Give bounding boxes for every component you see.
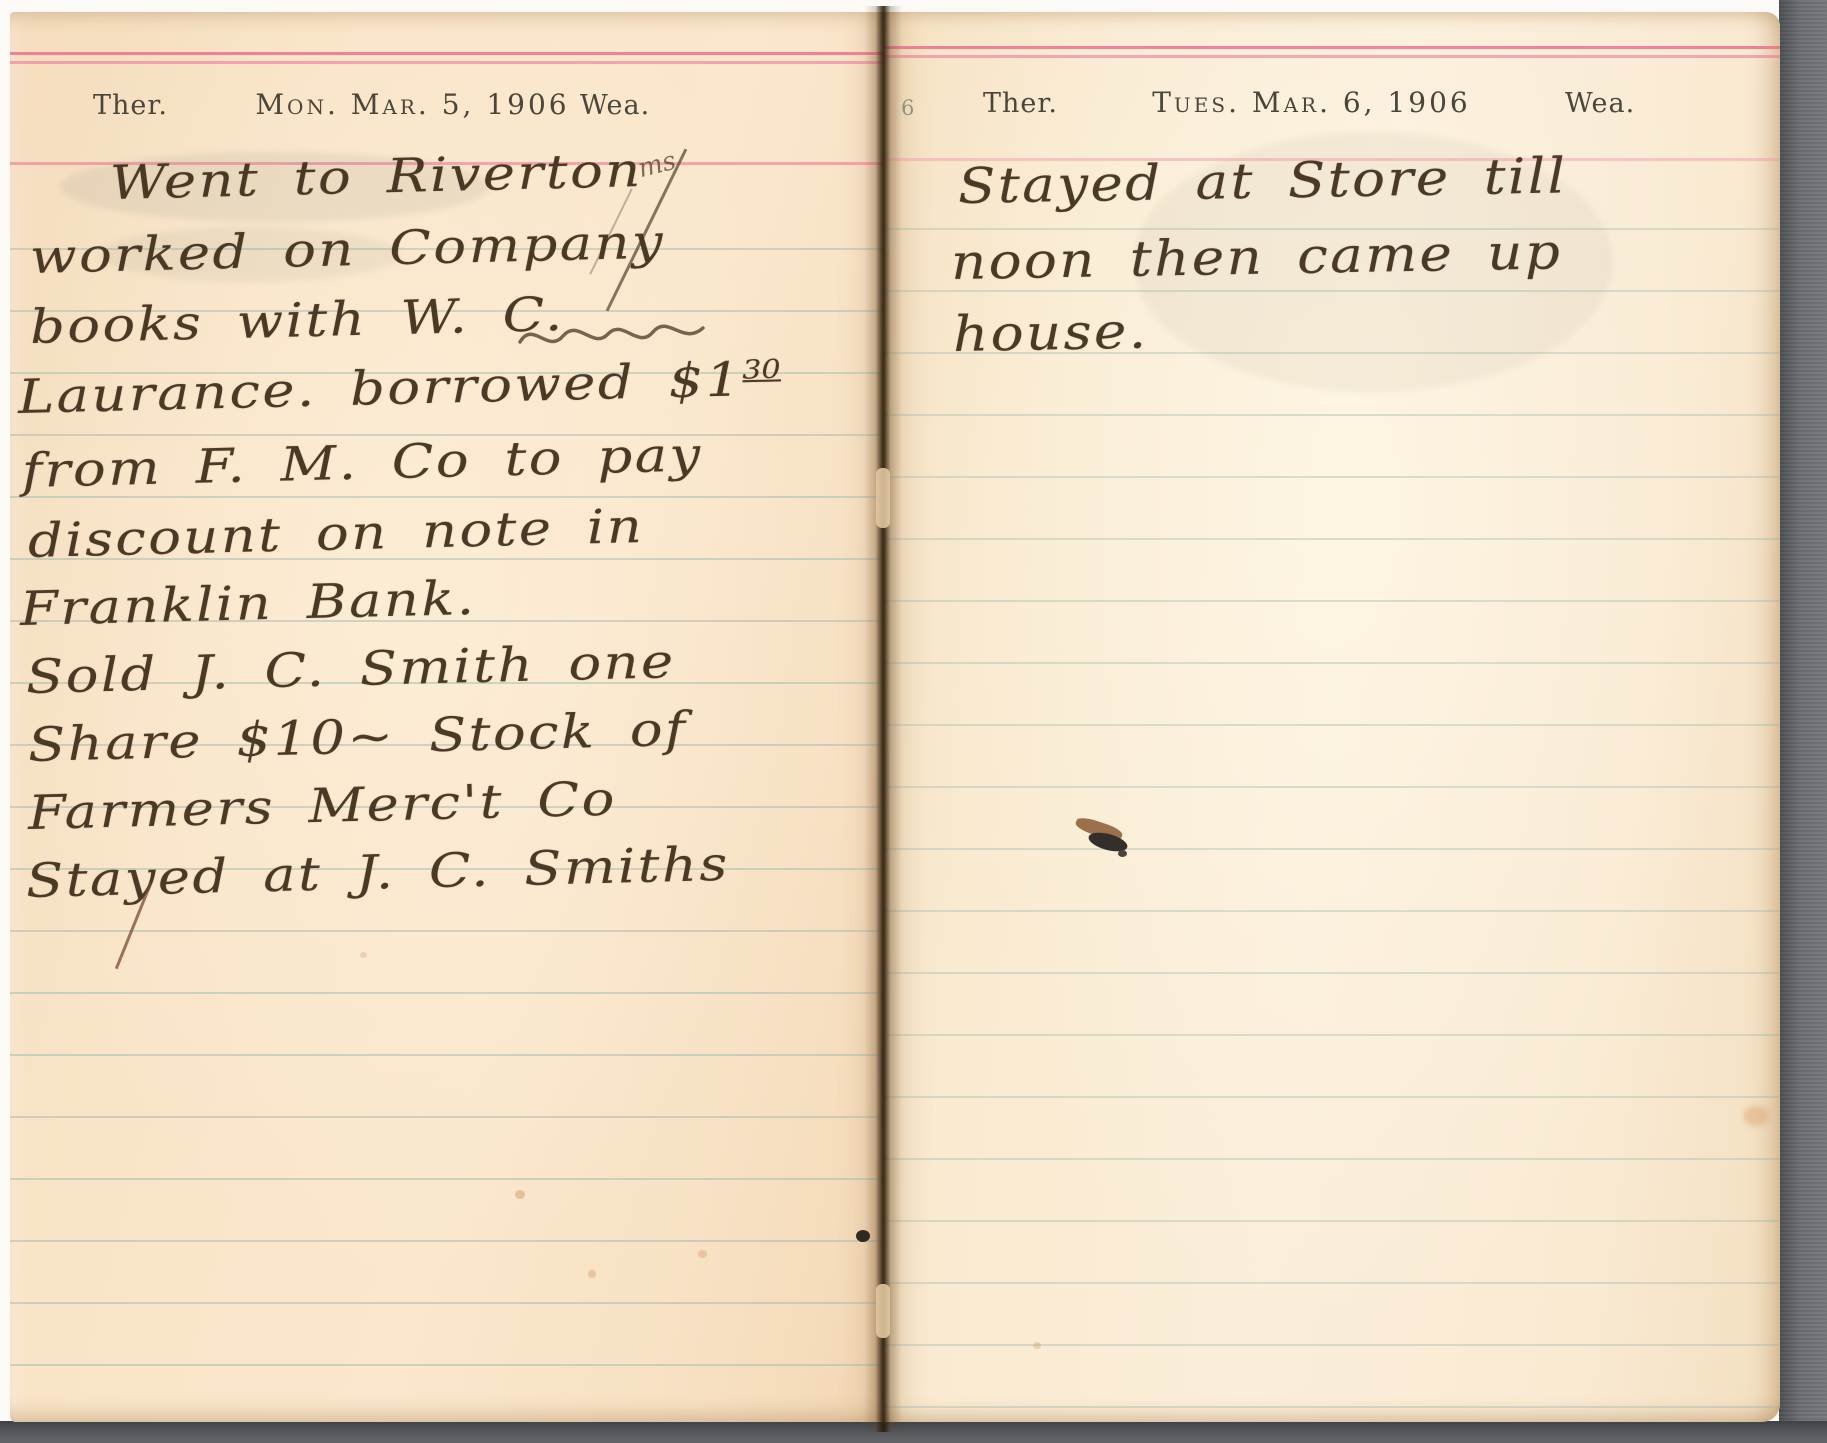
ink-blot (1118, 850, 1127, 857)
entry-line: Farmers Merc't Co (27, 776, 617, 837)
blue-ruling (883, 228, 1780, 1408)
wea-label: Wea. (1565, 88, 1635, 119)
foxing-stain (515, 1190, 525, 1199)
page-date: Mon. Mar. 5, 1906 (255, 88, 569, 121)
scanner-background-bottom (0, 1421, 1827, 1443)
ther-label: Ther. (983, 88, 1058, 119)
pink-rule-top-1 (10, 52, 883, 55)
stitch-gap (876, 1284, 890, 1338)
scanner-background-right (1779, 0, 1827, 1443)
entry-line: Went to Riverton (109, 147, 643, 207)
foxing-stain (360, 952, 367, 958)
diary-page-left: Ther. Mon. Mar. 5, 1906 Wea. Went to Riv… (10, 12, 883, 1422)
entry-line: Stayed at Store till (958, 151, 1568, 211)
crossout-squiggle (515, 312, 710, 360)
ther-label: Ther. (93, 90, 168, 121)
pink-rule-top-1 (883, 46, 1780, 49)
entry-line: noon then came up (951, 227, 1563, 287)
entry-line: Franklin Bank. (19, 575, 476, 633)
pink-rule-top-2 (10, 61, 883, 64)
foxing-stain (698, 1250, 707, 1258)
entry-line: worked on Company (29, 218, 665, 281)
entry-line: house. (953, 307, 1149, 359)
foxing-stain (1033, 1342, 1041, 1349)
page-date: Tues. Mar. 6, 1906 (1152, 86, 1470, 119)
foxing-stain (1743, 1106, 1769, 1126)
pink-rule-top-2 (883, 55, 1780, 58)
foxing-stain (588, 1270, 596, 1278)
diary-scan: Ther. Mon. Mar. 5, 1906 Wea. Went to Riv… (0, 0, 1827, 1443)
cents-superscript: 30 (742, 355, 781, 386)
page-number: 6 (901, 96, 915, 120)
entry-line: books with W. C. (29, 291, 564, 351)
diary-page-right: 6 Ther. Tues. Mar. 6, 1906 Wea. Stayed a… (883, 12, 1780, 1422)
entry-line: discount on note in (27, 503, 644, 565)
stitch-gap (876, 468, 890, 528)
wea-label: Wea. (580, 90, 650, 121)
book-gutter (864, 6, 902, 1432)
gutter-speck (856, 1230, 870, 1242)
